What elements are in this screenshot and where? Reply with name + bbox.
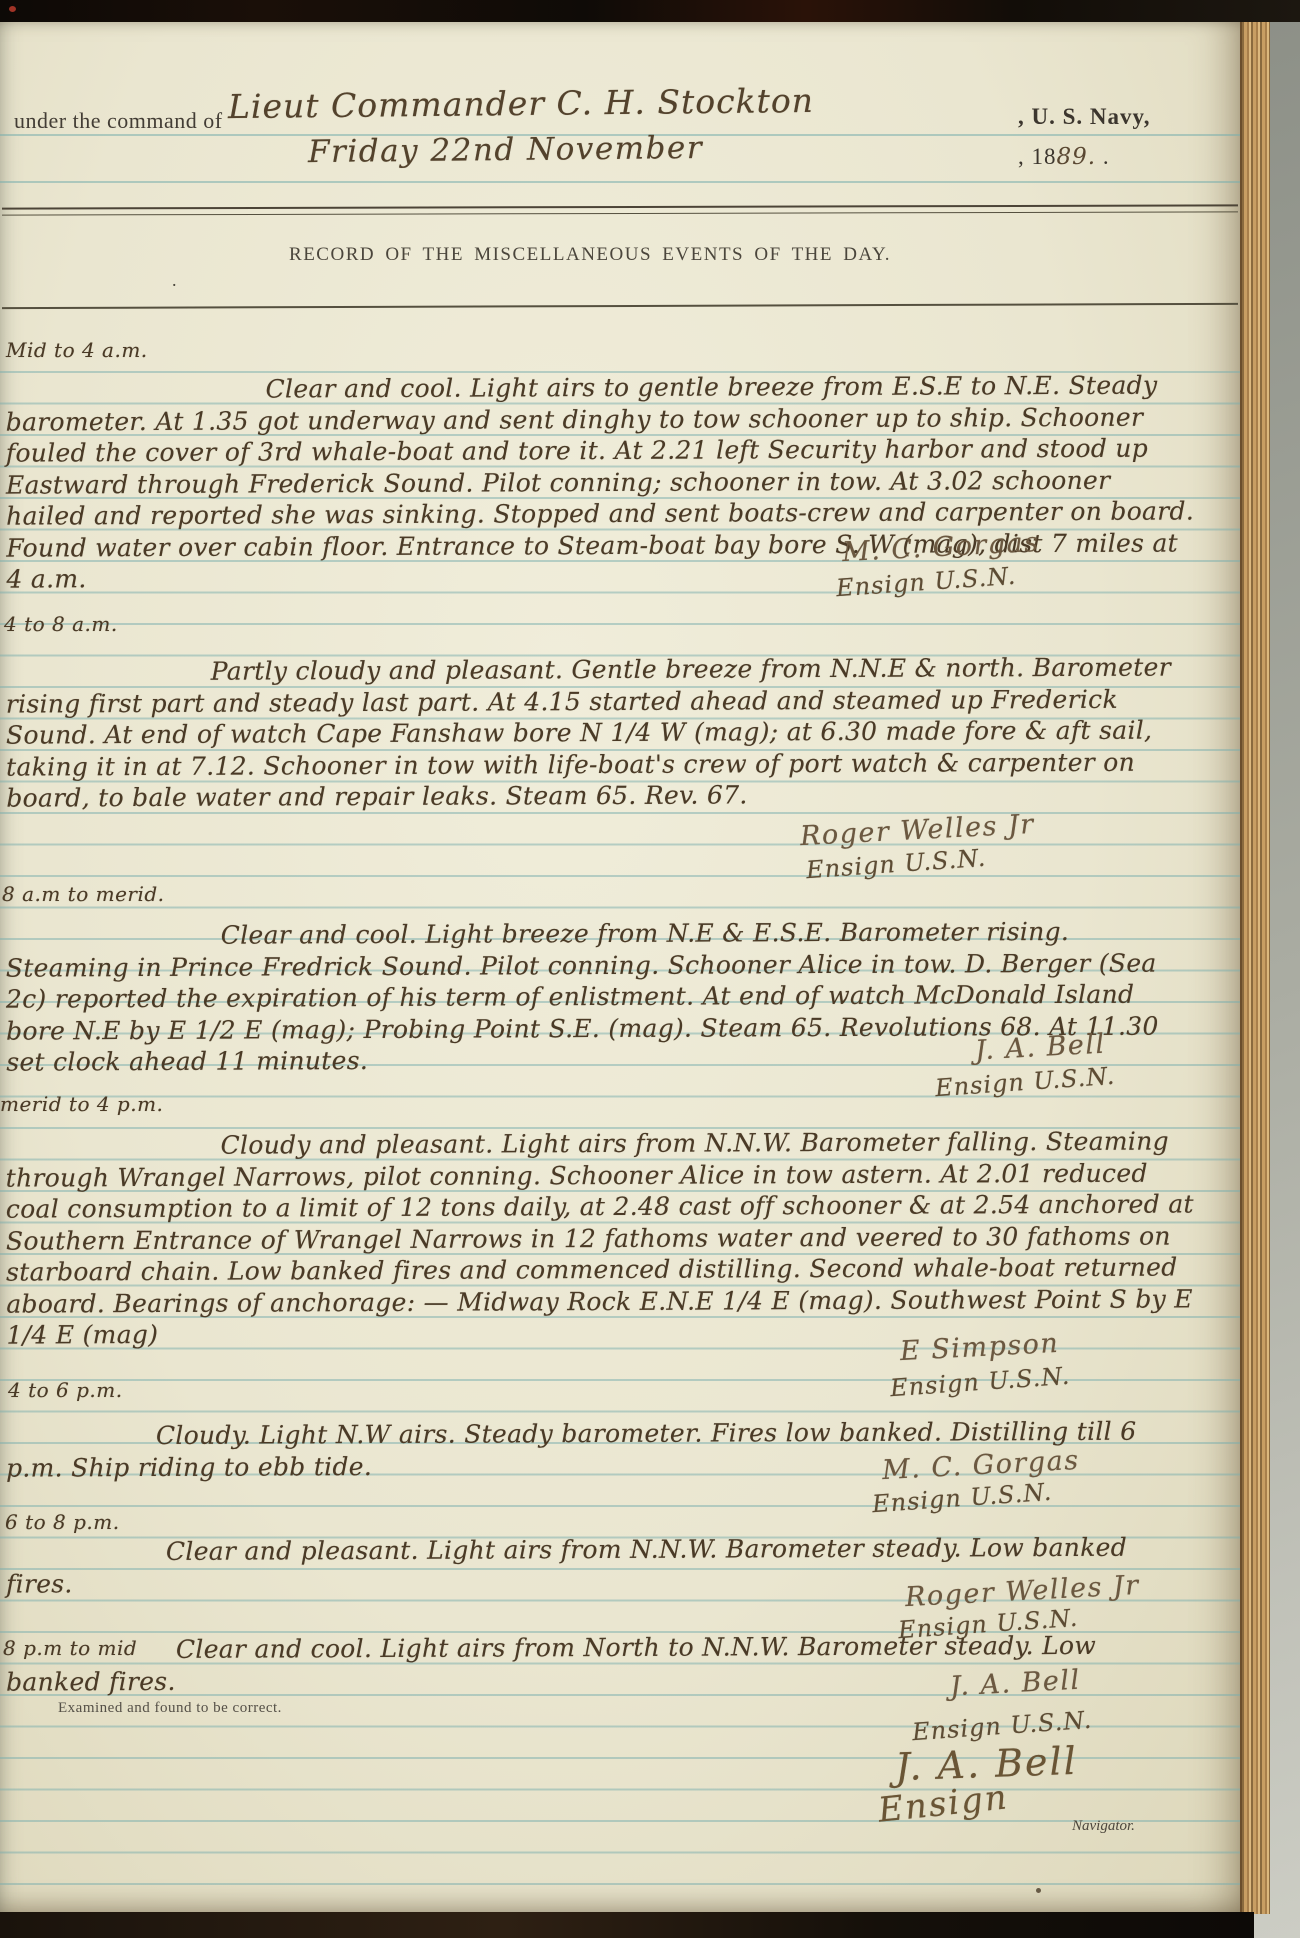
entry-time-label-2: 4 to 8 a.m. [4, 612, 118, 636]
ink-speck [1036, 1888, 1041, 1893]
examined-note: Examined and found to be correct. [58, 1700, 282, 1717]
year-prefix: , 18 [1018, 144, 1057, 169]
navigator-label: Navigator. [1072, 1818, 1135, 1835]
entry-text-1: Clear and cool. Light airs to gentle bre… [6, 369, 1199, 595]
header-rule-line-2 [0, 181, 1240, 183]
commander-name-handwriting: Lieut Commander C. H. Stockton [228, 81, 814, 126]
section-title: RECORD OF THE MISCELLANEOUS EVENTS OF TH… [0, 244, 1180, 266]
entry-time-label-1: Mid to 4 a.m. [6, 338, 148, 362]
header-printed-prefix: under the command of [14, 108, 223, 134]
red-speck [9, 6, 16, 12]
entry-text-2: Partly cloudy and pleasant. Gentle breez… [6, 651, 1199, 814]
year-suffix: . [1096, 144, 1110, 169]
entry-time-label-5: 4 to 6 p.m. [8, 1378, 123, 1402]
top-edge-strip [0, 0, 1300, 22]
header-printed-navy: , U. S. Navy, [1018, 104, 1151, 130]
entry-time-label-6: 6 to 8 p.m. [5, 1510, 120, 1534]
entry-time-label-4: merid to 4 p.m. [0, 1092, 163, 1116]
bottom-edge-strip [0, 1912, 1254, 1938]
entry-time-label-3: 8 a.m to merid. [2, 882, 165, 906]
section-divider-double-rule [2, 204, 1238, 215]
logbook-page: under the command of Lieut Commander C. … [0, 20, 1240, 1914]
entry-text-4: Cloudy and pleasant. Light airs from N.N… [6, 1125, 1199, 1351]
page-edge-stack [1240, 20, 1270, 1914]
date-handwriting: Friday 22nd November [308, 130, 703, 170]
section-divider-rule [2, 303, 1238, 309]
header-printed-year: , 1889. . [1018, 144, 1110, 170]
photo-background: under the command of Lieut Commander C. … [0, 0, 1300, 1938]
section-title-period: . [172, 270, 177, 291]
year-handwriting: 89. [1057, 144, 1097, 170]
